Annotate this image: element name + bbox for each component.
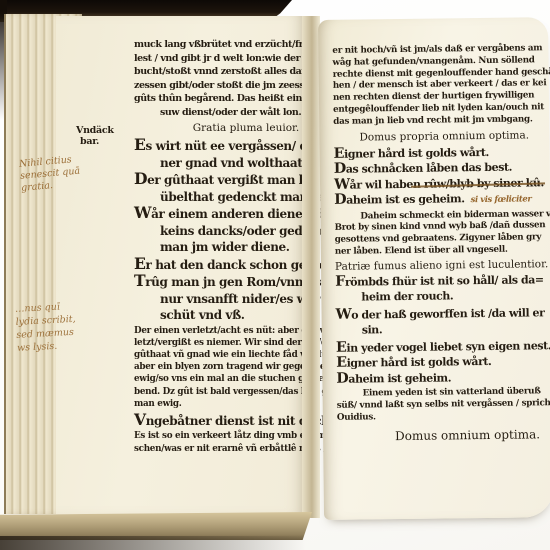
- print-line-text: Frömbds fhür ist nit so håll/ als da=: [335, 273, 544, 289]
- print-line-text: Das schnåcken låben das best.: [334, 161, 512, 176]
- margin-note-handwritten-lower: …nus quī lydia scribit, sed mæmus ws lys…: [15, 297, 128, 355]
- print-line-text: er nit hoch/vñ ist jm/als daß er vergåbe…: [332, 43, 542, 56]
- print-line: sin.: [336, 320, 549, 338]
- print-line-text: Domus omnium optima.: [395, 427, 540, 443]
- print-line-text: entgegêlouffender lieb nit lyden kan/ouc…: [333, 102, 544, 115]
- print-line-text: Domus propria omnium optima.: [359, 129, 529, 143]
- print-line-text: Daheim schmeckt ein biderman wasser vñ: [360, 209, 550, 221]
- print-line-text: Daheim ist geheim.: [336, 371, 451, 385]
- book-photo: Vndäck bar. Nihil citius senescit quā gr…: [0, 0, 550, 550]
- margin-note-printed-line: Vndäck: [76, 125, 130, 136]
- print-line-text: Ein yeder vogel liebet syn eigen nest.: [336, 339, 550, 355]
- print-line-text: Eigner hård ist golds wårt.: [336, 355, 491, 370]
- print-line: Patriæ fumus alieno igni est luculentior…: [335, 257, 548, 274]
- book-gutter: [302, 16, 320, 518]
- print-line-text: ner gnad vnd wolthaat.: [160, 156, 306, 170]
- print-line-text: nen rechten dienst der hurtigen frywilli…: [333, 91, 534, 103]
- print-line: Ouidius.: [337, 410, 550, 424]
- print-line-text: man jm wider diene.: [160, 240, 290, 254]
- print-line-text: suw dienst/oder der wålt lon.: [160, 107, 301, 118]
- print-line-text: Wår wil haben rûw/blyb by siner kû.: [334, 176, 544, 192]
- print-line: Daheim ist es geheim.si vis fœliciter: [334, 190, 547, 210]
- print-line-text: süß/ vnnd laßt syn selbs nit vergåssen /…: [337, 398, 550, 411]
- print-line-text: sin.: [362, 324, 383, 337]
- print-line-text: gesottens vnd gebraatens. Zigyner låben …: [335, 232, 542, 245]
- handwritten-note-inline: si vis fœliciter: [471, 194, 532, 205]
- print-line-text: Daheim ist es geheim.: [334, 192, 465, 207]
- print-line-text: wåg hat gefunden/vnangenåm. Nun söllend: [332, 55, 534, 67]
- print-line: Daheim ist geheim.: [336, 369, 549, 387]
- print-line-text: Patriæ fumus alieno igni est luculentior…: [335, 258, 548, 273]
- print-line-text: Ouidius.: [337, 412, 376, 422]
- print-line: Domus propria omnium optima.: [333, 128, 546, 145]
- print-line: Domus omnium optima.: [337, 426, 550, 445]
- margin-note-printed-line: bar.: [76, 136, 130, 147]
- print-line-text: heim der rouch.: [361, 290, 453, 304]
- right-page: er nit hoch/vñ ist jm/als daß er vergåbe…: [318, 17, 550, 520]
- print-line: das man jn lieb vnd recht mit jm vmbgang…: [333, 114, 546, 128]
- print-line-text: Brot by sinen kind vnnd wyb baß /dañ dus…: [334, 221, 545, 234]
- bottom-shadow: [0, 536, 360, 550]
- print-line-text: man ewig.: [134, 399, 182, 409]
- print-line-text: ner låben. Elend ist über all vngesell.: [335, 245, 508, 257]
- print-line-text: Einem yeden ist sin vatterland überuß: [363, 387, 541, 399]
- print-line-text: rechte dienst mit gegenlouffender hand g…: [333, 67, 550, 80]
- print-line-text: Eigner hård ist golds wårt.: [334, 146, 489, 161]
- print-line-text: das man jn lieb vnd recht mit jm vmbgang…: [333, 114, 532, 126]
- print-line: heim der rouch.: [335, 287, 548, 305]
- print-line-text: schüt vnd vß.: [160, 308, 245, 322]
- print-line-text: Gratia pluma leuior.: [193, 122, 299, 134]
- print-line-text: Wo der haß geworffen ist /da will er: [336, 306, 545, 322]
- right-page-text: er nit hoch/vñ ist jm/als daß er vergåbe…: [332, 43, 550, 444]
- left-page: Vndäck bar. Nihil citius senescit quā gr…: [56, 16, 306, 514]
- print-line-text: hen / der mensch ist aber verkeert / das…: [333, 79, 547, 92]
- margin-note-printed: Vndäck bar.: [76, 125, 130, 147]
